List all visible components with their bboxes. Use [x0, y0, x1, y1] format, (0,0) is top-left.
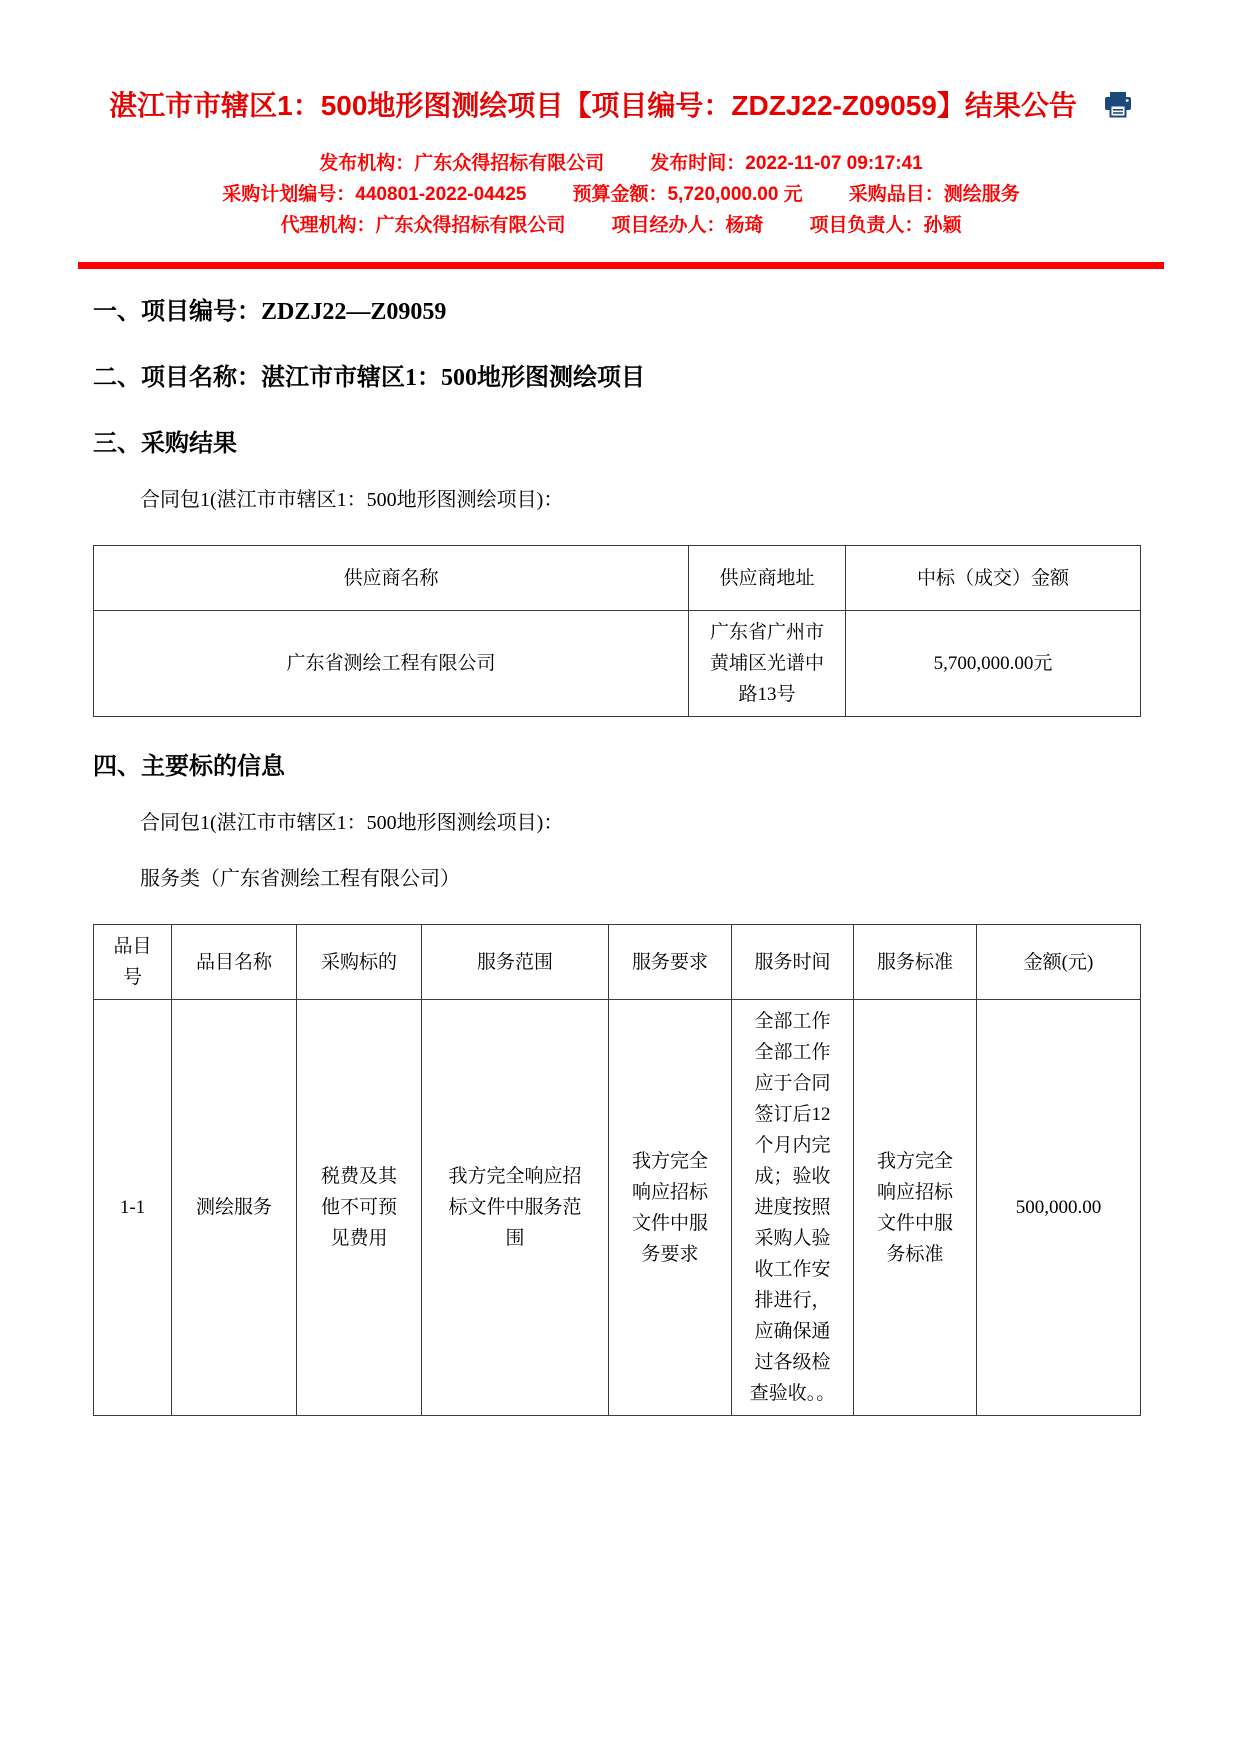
table-cell: 广东省广州市黄埔区光谱中路13号 [689, 611, 846, 717]
column-header: 品目号 [94, 925, 172, 1000]
column-header: 服务标准 [854, 925, 977, 1000]
column-header: 服务时间 [732, 925, 854, 1000]
table-cell: 5,700,000.00元 [846, 611, 1141, 717]
column-header: 供应商地址 [689, 546, 846, 611]
meta-block: 发布机构：广东众得招标有限公司发布时间：2022-11-07 09:17:41采… [78, 148, 1164, 241]
procurement-result-table: 供应商名称供应商地址中标（成交）金额 广东省测绘工程有限公司广东省广州市黄埔区光… [93, 545, 1141, 717]
column-header: 服务要求 [609, 925, 732, 1000]
meta-item: 采购品目：测绘服务 [849, 179, 1020, 210]
page-title: 湛江市市辖区1：500地形图测绘项目【项目编号：ZDZJ22-Z09059】结果… [109, 84, 1077, 124]
meta-item: 代理机构：广东众得招标有限公司 [280, 210, 565, 241]
column-header: 供应商名称 [94, 546, 689, 611]
table-cell: 税费及其他不可预见费用 [297, 1000, 422, 1416]
meta-item: 项目负责人：孙颖 [810, 210, 962, 241]
meta-row: 发布机构：广东众得招标有限公司发布时间：2022-11-07 09:17:41 [78, 148, 1164, 179]
print-icon[interactable] [1103, 91, 1133, 118]
table-cell: 广东省测绘工程有限公司 [94, 611, 689, 717]
meta-row: 代理机构：广东众得招标有限公司项目经办人：杨琦项目负责人：孙颖 [78, 210, 1164, 241]
contract-package-line-2: 合同包1(湛江市市辖区1：500地形图测绘项目)： [140, 808, 1140, 839]
section-3-heading: 三、采购结果 [93, 428, 1140, 460]
column-header: 品目名称 [172, 925, 297, 1000]
column-header: 采购标的 [297, 925, 422, 1000]
section-2-heading: 二、项目名称：湛江市市辖区1：500地形图测绘项目 [93, 362, 1140, 394]
section-4-heading: 四、主要标的信息 [93, 751, 1140, 783]
meta-item: 发布时间：2022-11-07 09:17:41 [650, 148, 922, 179]
table-row: 广东省测绘工程有限公司广东省广州市黄埔区光谱中路13号5,700,000.00元 [94, 611, 1141, 717]
section-1-heading: 一、项目编号：ZDZJ22—Z09059 [93, 296, 1140, 328]
column-header: 金额(元) [977, 925, 1141, 1000]
table-cell: 测绘服务 [172, 1000, 297, 1416]
title-row: 湛江市市辖区1：500地形图测绘项目【项目编号：ZDZJ22-Z09059】结果… [78, 84, 1164, 124]
meta-item: 发布机构：广东众得招标有限公司 [319, 148, 604, 179]
table-cell: 1-1 [94, 1000, 172, 1416]
column-header: 服务范围 [422, 925, 609, 1000]
service-class-line: 服务类（广东省测绘工程有限公司） [140, 864, 1140, 895]
contract-package-line: 合同包1(湛江市市辖区1：500地形图测绘项目)： [140, 485, 1140, 516]
subject-info-table: 品目号品目名称采购标的服务范围服务要求服务时间服务标准金额(元) 1-1测绘服务… [93, 924, 1141, 1416]
column-header: 中标（成交）金额 [846, 546, 1141, 611]
table-cell: 500,000.00 [977, 1000, 1141, 1416]
announcement-page: 湛江市市辖区1：500地形图测绘项目【项目编号：ZDZJ22-Z09059】结果… [0, 0, 1242, 1756]
table-header-row: 品目号品目名称采购标的服务范围服务要求服务时间服务标准金额(元) [94, 925, 1141, 1000]
meta-row: 采购计划编号：440801-2022-04425预算金额：5,720,000.0… [78, 179, 1164, 210]
meta-item: 预算金额：5,720,000.00 元 [572, 179, 802, 210]
table-row: 1-1测绘服务税费及其他不可预见费用我方完全响应招标文件中服务范围我方完全响应招… [94, 1000, 1141, 1416]
document-body: 一、项目编号：ZDZJ22—Z09059 二、项目名称：湛江市市辖区1：500地… [78, 296, 1164, 1416]
meta-item: 项目经办人：杨琦 [611, 210, 763, 241]
red-divider [78, 262, 1164, 269]
meta-item: 采购计划编号：440801-2022-04425 [222, 179, 526, 210]
table-cell: 我方完全响应招标文件中服务要求 [609, 1000, 732, 1416]
table-header-row: 供应商名称供应商地址中标（成交）金额 [94, 546, 1141, 611]
table-cell: 我方完全响应招标文件中服务范围 [422, 1000, 609, 1416]
table-cell: 全部工作全部工作应于合同签订后12个月内完成；验收进度按照采购人验收工作安排进行… [732, 1000, 854, 1416]
table-cell: 我方完全响应招标文件中服务标准 [854, 1000, 977, 1416]
